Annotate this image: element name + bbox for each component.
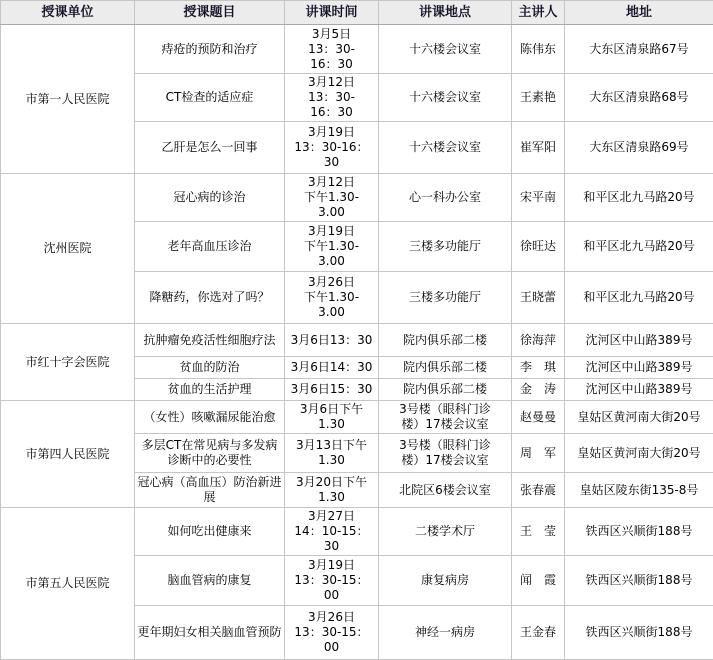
time-cell: 3月12日 13：30- 16：30 xyxy=(285,74,379,122)
topic-cell: 乙肝是怎么一回事 xyxy=(135,122,285,174)
speaker-cell: 张春震 xyxy=(512,473,565,508)
address-cell: 沈河区中山路389号 xyxy=(565,324,713,357)
address-cell: 沈河区中山路389号 xyxy=(565,379,713,401)
speaker-cell: 王素艳 xyxy=(512,74,565,122)
location-cell: 康复病房 xyxy=(379,556,512,606)
schedule-table-body: 市第一人民医院痔疮的预防和治疗3月5日 13：30- 16：30十六楼会议室陈伟… xyxy=(1,25,713,660)
topic-cell: 痔疮的预防和治疗 xyxy=(135,25,285,74)
table-row: 市第一人民医院痔疮的预防和治疗3月5日 13：30- 16：30十六楼会议室陈伟… xyxy=(1,25,713,74)
speaker-cell: 王金春 xyxy=(512,606,565,660)
topic-cell: 更年期妇女相关脑血管预防 xyxy=(135,606,285,660)
speaker-cell: 王晓蕾 xyxy=(512,272,565,324)
topic-cell: 抗肿瘤免疫活性细胞疗法 xyxy=(135,324,285,357)
header-cell-topic: 授课题目 xyxy=(135,1,285,25)
address-cell: 大东区清泉路67号 xyxy=(565,25,713,74)
address-cell: 铁西区兴顺街188号 xyxy=(565,606,713,660)
address-cell: 和平区北九马路20号 xyxy=(565,272,713,324)
address-cell: 和平区北九马路20号 xyxy=(565,174,713,222)
location-cell: 三楼多功能厅 xyxy=(379,222,512,272)
table-row: 市红十字会医院抗肿瘤免疫活性细胞疗法3月6日13：30院内俱乐部二楼徐海萍沈河区… xyxy=(1,324,713,357)
location-cell: 神经一病房 xyxy=(379,606,512,660)
topic-cell: 脑血管病的康复 xyxy=(135,556,285,606)
header-cell-unit: 授课单位 xyxy=(1,1,135,25)
unit-cell: 市第五人民医院 xyxy=(1,508,135,660)
time-cell: 3月19日 13：30-15： 00 xyxy=(285,556,379,606)
header-cell-time: 讲课时间 xyxy=(285,1,379,25)
time-cell: 3月6日14：30 xyxy=(285,357,379,379)
topic-cell: 降糖药，你选对了吗？ xyxy=(135,272,285,324)
location-cell: 十六楼会议室 xyxy=(379,25,512,74)
location-cell: 院内俱乐部二楼 xyxy=(379,379,512,401)
location-cell: 院内俱乐部二楼 xyxy=(379,357,512,379)
location-cell: 北院区6楼会议室 xyxy=(379,473,512,508)
time-cell: 3月12日 下午1.30- 3.00 xyxy=(285,174,379,222)
address-cell: 铁西区兴顺街188号 xyxy=(565,556,713,606)
unit-cell: 市第四人民医院 xyxy=(1,401,135,508)
address-cell: 铁西区兴顺街188号 xyxy=(565,508,713,556)
address-cell: 皇姑区黄河南大街20号 xyxy=(565,401,713,434)
time-cell: 3月26日 13：30-15： 00 xyxy=(285,606,379,660)
address-cell: 皇姑区黄河南大街20号 xyxy=(565,434,713,473)
table-row: 市第五人民医院如何吃出健康来3月27日 14：10-15： 30二楼学术厅王 莹… xyxy=(1,508,713,556)
address-cell: 大东区清泉路69号 xyxy=(565,122,713,174)
speaker-cell: 闻 霞 xyxy=(512,556,565,606)
speaker-cell: 王 莹 xyxy=(512,508,565,556)
header-row: 授课单位 授课题目 讲课时间 讲课地点 主讲人 地址 xyxy=(1,1,713,25)
address-cell: 皇姑区陵东街135-8号 xyxy=(565,473,713,508)
header-cell-speaker: 主讲人 xyxy=(512,1,565,25)
address-cell: 沈河区中山路389号 xyxy=(565,357,713,379)
topic-cell: CT检查的适应症 xyxy=(135,74,285,122)
speaker-cell: 李 琪 xyxy=(512,357,565,379)
unit-cell: 市红十字会医院 xyxy=(1,324,135,401)
address-cell: 和平区北九马路20号 xyxy=(565,222,713,272)
location-cell: 二楼学术厅 xyxy=(379,508,512,556)
speaker-cell: 宋平南 xyxy=(512,174,565,222)
table-row: 沈州医院冠心病的诊治3月12日 下午1.30- 3.00心一科办公室宋平南和平区… xyxy=(1,174,713,222)
speaker-cell: 周 军 xyxy=(512,434,565,473)
location-cell: 心一科办公室 xyxy=(379,174,512,222)
topic-cell: 老年高血压诊治 xyxy=(135,222,285,272)
location-cell: 3号楼（眼科门诊 楼）17楼会议室 xyxy=(379,434,512,473)
location-cell: 十六楼会议室 xyxy=(379,122,512,174)
time-cell: 3月6日13：30 xyxy=(285,324,379,357)
time-cell: 3月27日 14：10-15： 30 xyxy=(285,508,379,556)
location-cell: 三楼多功能厅 xyxy=(379,272,512,324)
header-cell-address: 地址 xyxy=(565,1,713,25)
header-cell-location: 讲课地点 xyxy=(379,1,512,25)
address-cell: 大东区清泉路68号 xyxy=(565,74,713,122)
time-cell: 3月6日15：30 xyxy=(285,379,379,401)
location-cell: 3号楼（眼科门诊 楼）17楼会议室 xyxy=(379,401,512,434)
speaker-cell: 赵曼曼 xyxy=(512,401,565,434)
unit-cell: 沈州医院 xyxy=(1,174,135,324)
time-cell: 3月5日 13：30- 16：30 xyxy=(285,25,379,74)
time-cell: 3月20日下午 1.30 xyxy=(285,473,379,508)
location-cell: 十六楼会议室 xyxy=(379,74,512,122)
time-cell: 3月26日 下午1.30- 3.00 xyxy=(285,272,379,324)
speaker-cell: 金 涛 xyxy=(512,379,565,401)
speaker-cell: 徐旺达 xyxy=(512,222,565,272)
topic-cell: 多层CT在常见病与多发病诊断中的必要性 xyxy=(135,434,285,473)
speaker-cell: 陈伟东 xyxy=(512,25,565,74)
schedule-table: 授课单位 授课题目 讲课时间 讲课地点 主讲人 地址 市第一人民医院痔疮的预防和… xyxy=(0,0,713,660)
lecture-schedule: 授课单位 授课题目 讲课时间 讲课地点 主讲人 地址 市第一人民医院痔疮的预防和… xyxy=(0,0,713,660)
topic-cell: 贫血的防治 xyxy=(135,357,285,379)
time-cell: 3月19日 13：30-16： 30 xyxy=(285,122,379,174)
topic-cell: 冠心病的诊治 xyxy=(135,174,285,222)
unit-cell: 市第一人民医院 xyxy=(1,25,135,174)
table-row: 市第四人民医院（女性）咳嗽漏尿能治愈3月6日下午 1.303号楼（眼科门诊 楼）… xyxy=(1,401,713,434)
topic-cell: （女性）咳嗽漏尿能治愈 xyxy=(135,401,285,434)
topic-cell: 如何吃出健康来 xyxy=(135,508,285,556)
location-cell: 院内俱乐部二楼 xyxy=(379,324,512,357)
topic-cell: 贫血的生活护理 xyxy=(135,379,285,401)
time-cell: 3月13日下午 1.30 xyxy=(285,434,379,473)
topic-cell: 冠心病（高血压）防治新进展 xyxy=(135,473,285,508)
time-cell: 3月19日 下午1.30- 3.00 xyxy=(285,222,379,272)
speaker-cell: 崔军阳 xyxy=(512,122,565,174)
time-cell: 3月6日下午 1.30 xyxy=(285,401,379,434)
speaker-cell: 徐海萍 xyxy=(512,324,565,357)
